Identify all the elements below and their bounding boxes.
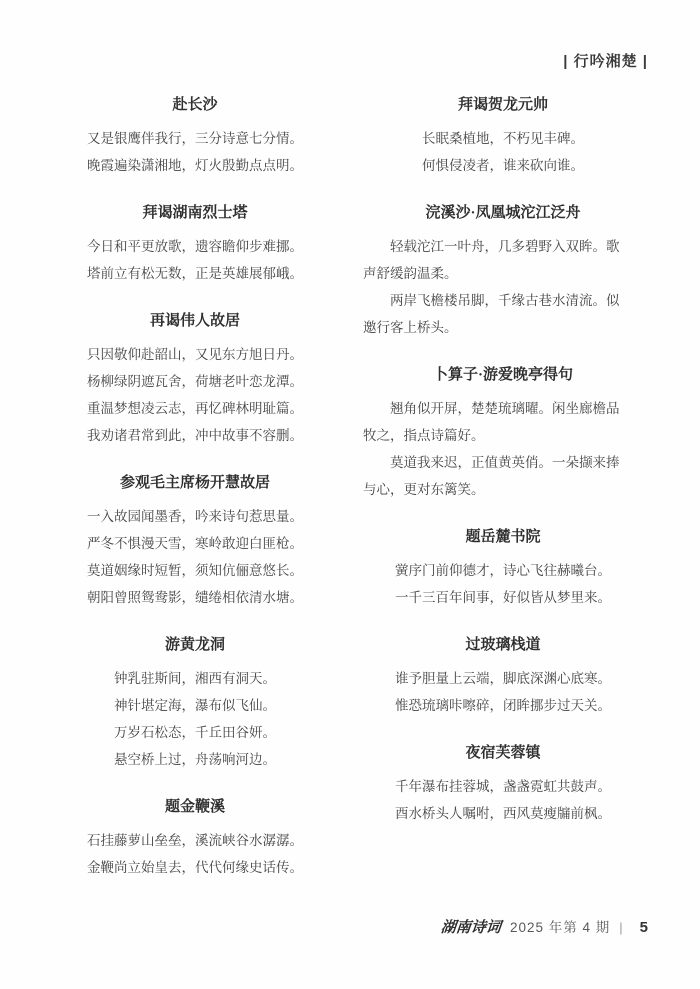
poem-line: 莫道我来迟，正值黄英俏。一朵撷来捧 (363, 449, 643, 476)
issue-info: 2025 年第 4 期 (510, 916, 610, 936)
poem-line: 何惧侵凌者，谁来砍向谁。 (363, 152, 643, 179)
poem-title: 赴长沙 (87, 92, 303, 119)
poem-line: 黉序门前仰德才，诗心飞往赫曦台。 (363, 557, 643, 584)
poem-line: 长眠桑植地，不朽见丰碑。 (363, 125, 643, 152)
poem-line: 只因敬仰赴韶山，又见东方旭日丹。 (87, 341, 303, 368)
poem-line: 金鞭尚立始皇去，代代何缘史话传。 (87, 854, 303, 881)
page-number: 5 (640, 919, 648, 936)
poem-ti-jinbianxi: 题金鞭溪 石挂藤萝山垒垒，溪流峡谷水潺潺。 金鞭尚立始皇去，代代何缘史话传。 (87, 794, 303, 881)
poem-line: 千年瀑布挂蓉城，盏盏霓虹共鼓声。 (363, 773, 643, 800)
poem-line: 两岸飞檐楼吊脚，千缘古巷水清流。似 (363, 287, 643, 314)
poem-line: 我劝诸君常到此，冲中故事不容删。 (87, 422, 303, 449)
poem-line: 声舒缓韵温柔。 (363, 260, 643, 287)
footer-separator: | (619, 920, 622, 935)
poem-line: 今日和平更放歌，遗容瞻仰步难挪。 (87, 233, 303, 260)
poem-title: 过玻璃栈道 (363, 632, 643, 659)
poem-ti-yuelu-shuyuan: 题岳麓书院 黉序门前仰德才，诗心飞往赫曦台。 一千三百年间事，好似皆从梦里来。 (363, 524, 643, 611)
poem-guo-boli-zhandao: 过玻璃栈道 谁予胆量上云端，脚底深渊心底寒。 惟恐琉璃咔嚓碎，闭眸挪步过天关。 (363, 632, 643, 719)
poem-line: 神针堪定海，瀑布似飞仙。 (87, 692, 303, 719)
poem-title: 参观毛主席杨开慧故居 (87, 470, 303, 497)
page-footer: 湖南诗词 2025 年第 4 期 | 5 (441, 916, 648, 937)
poem-title: 夜宿芙蓉镇 (363, 740, 643, 767)
poem-title: 题金鞭溪 (87, 794, 303, 821)
poem-line: 重温梦想凌云志，再忆碑林明耻篇。 (87, 395, 303, 422)
poem-title: 游黄龙洞 (87, 632, 303, 659)
poem-line: 杨柳绿阴遮瓦舍，荷塘老叶恋龙潭。 (87, 368, 303, 395)
poem-title: 题岳麓书院 (363, 524, 643, 551)
poem-line: 惟恐琉璃咔嚓碎，闭眸挪步过天关。 (363, 692, 643, 719)
right-column: 拜谒贺龙元帅 长眠桑植地，不朽见丰碑。 何惧侵凌者，谁来砍向谁。 浣溪沙·凤凰城… (363, 92, 643, 848)
poem-line: 一入故园闻墨香，吟来诗句惹思量。 (87, 503, 303, 530)
poem-you-huanglongdong: 游黄龙洞 钟乳驻斯间，湘西有洞天。 神针堪定海，瀑布似飞仙。 万岁石松态，千丘田… (87, 632, 303, 773)
poem-baiye-helong-yuanshuai: 拜谒贺龙元帅 长眠桑植地，不朽见丰碑。 何惧侵凌者，谁来砍向谁。 (363, 92, 643, 179)
poem-line: 严冬不惧漫天雪，寒岭敢迎白匪枪。 (87, 530, 303, 557)
poem-busuanzi-aiwanting: 卜算子·游爱晚亭得句 翘角似开屏，楚楚琉璃曜。闲坐廊檐品 牧之，指点诗篇好。 莫… (363, 362, 643, 503)
poem-canguan-yangkaihui-guju: 参观毛主席杨开慧故居 一入故园闻墨香，吟来诗句惹思量。 严冬不惧漫天雪，寒岭敢迎… (87, 470, 303, 611)
poem-line: 悬空桥上过，舟荡响河边。 (87, 746, 303, 773)
poem-line: 又是银鹰伴我行，三分诗意七分情。 (87, 125, 303, 152)
poem-yesu-furongzhen: 夜宿芙蓉镇 千年瀑布挂蓉城，盏盏霓虹共鼓声。 酉水桥头人嘱咐，西风莫瘦牖前枫。 (363, 740, 643, 827)
poem-baiye-hunan-lieshita: 拜谒湖南烈士塔 今日和平更放歌，遗容瞻仰步难挪。 塔前立有松无数，正是英雄展郁峨… (87, 200, 303, 287)
poem-zaiye-weiren-guju: 再谒伟人故居 只因敬仰赴韶山，又见东方旭日丹。 杨柳绿阴遮瓦舍，荷塘老叶恋龙潭。… (87, 308, 303, 449)
poem-title: 卜算子·游爱晚亭得句 (363, 362, 643, 389)
poem-line: 翘角似开屏，楚楚琉璃曜。闲坐廊檐品 (363, 395, 643, 422)
poem-line: 塔前立有松无数，正是英雄展郁峨。 (87, 260, 303, 287)
poem-title: 再谒伟人故居 (87, 308, 303, 335)
poem-huanxisha-fenghuangcheng: 浣溪沙·凤凰城沱江泛舟 轻载沱江一叶舟，几多碧野入双眸。歌 声舒缓韵温柔。 两岸… (363, 200, 643, 341)
poem-line: 轻载沱江一叶舟，几多碧野入双眸。歌 (363, 233, 643, 260)
poem-title: 拜谒贺龙元帅 (363, 92, 643, 119)
poem-line: 与心，更对东篱笑。 (363, 476, 643, 503)
poem-line: 谁予胆量上云端，脚底深渊心底寒。 (363, 665, 643, 692)
running-head: | 行吟湘楚 | (563, 50, 648, 71)
poem-fu-changsha: 赴长沙 又是银鹰伴我行，三分诗意七分情。 晚霞遍染潇湘地，灯火殷勤点点明。 (87, 92, 303, 179)
poem-line: 晚霞遍染潇湘地，灯火殷勤点点明。 (87, 152, 303, 179)
poem-title: 拜谒湖南烈士塔 (87, 200, 303, 227)
poem-line: 朝阳曾照鸳鸯影，缱绻相依清水塘。 (87, 584, 303, 611)
poem-line: 酉水桥头人嘱咐，西风莫瘦牖前枫。 (363, 800, 643, 827)
poem-line: 万岁石松态，千丘田谷妍。 (87, 719, 303, 746)
left-column: 赴长沙 又是银鹰伴我行，三分诗意七分情。 晚霞遍染潇湘地，灯火殷勤点点明。 拜谒… (87, 92, 303, 902)
poem-line: 钟乳驻斯间，湘西有洞天。 (87, 665, 303, 692)
poem-line: 莫道姻缘时短暂，须知伉俪意悠长。 (87, 557, 303, 584)
poem-line: 牧之，指点诗篇好。 (363, 422, 643, 449)
poem-line: 一千三百年间事，好似皆从梦里来。 (363, 584, 643, 611)
journal-name: 湖南诗词 (440, 916, 502, 937)
poem-title: 浣溪沙·凤凰城沱江泛舟 (363, 200, 643, 227)
poem-line: 石挂藤萝山垒垒，溪流峡谷水潺潺。 (87, 827, 303, 854)
poem-line: 邀行客上桥头。 (363, 314, 643, 341)
